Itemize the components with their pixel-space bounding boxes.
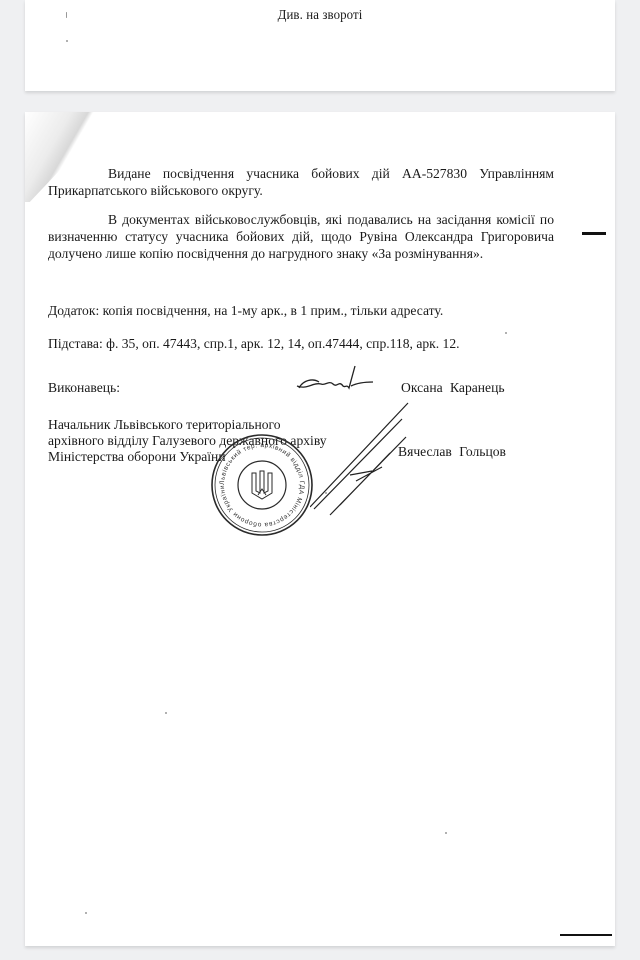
scan-speck bbox=[235, 252, 237, 254]
scan-speck bbox=[66, 40, 68, 42]
head-title-line-1: Начальник Львівського територіального bbox=[48, 417, 327, 433]
paragraph-basis: Підстава: ф. 35, оп. 47443, спр.1, арк. … bbox=[48, 335, 554, 352]
scan-speck bbox=[445, 832, 447, 834]
trident-emblem-icon bbox=[252, 471, 272, 499]
paragraph-text: В документах військовослужбовців, які по… bbox=[48, 212, 554, 261]
executor-signature-icon bbox=[293, 360, 383, 400]
scan-artifact-mark bbox=[560, 934, 612, 936]
paragraph-attachment: Додаток: копія посвідчення, на 1-му арк.… bbox=[48, 302, 554, 319]
scan-speck bbox=[66, 12, 67, 18]
paragraph-text: Видане посвідчення учасника бойових дій … bbox=[48, 166, 554, 198]
svg-text:Львівський тер. архівний відді: Львівський тер. архівний відділ ГДА Міні… bbox=[210, 433, 305, 529]
document-page: Видане посвідчення учасника бойових дій … bbox=[25, 112, 615, 946]
head-name: Вячеслав Гольцов bbox=[398, 444, 506, 460]
scan-speck bbox=[85, 912, 87, 914]
scan-artifact-mark bbox=[582, 232, 606, 235]
document-page-previous: Див. на звороті bbox=[25, 0, 615, 91]
scan-speck bbox=[505, 332, 507, 334]
paragraph-issued-certificate: Видане посвідчення учасника бойових дій … bbox=[48, 165, 554, 199]
executor-label: Виконавець: bbox=[48, 380, 120, 396]
official-stamp-icon: Львівський тер. архівний відділ ГДА Міні… bbox=[210, 433, 314, 537]
scan-speck bbox=[325, 492, 327, 494]
scan-speck bbox=[165, 712, 167, 714]
paragraph-documents: В документах військовослужбовців, які по… bbox=[48, 211, 554, 262]
executor-name: Оксана Каранець bbox=[401, 380, 505, 396]
see-reverse-note: Див. на звороті bbox=[49, 8, 592, 24]
